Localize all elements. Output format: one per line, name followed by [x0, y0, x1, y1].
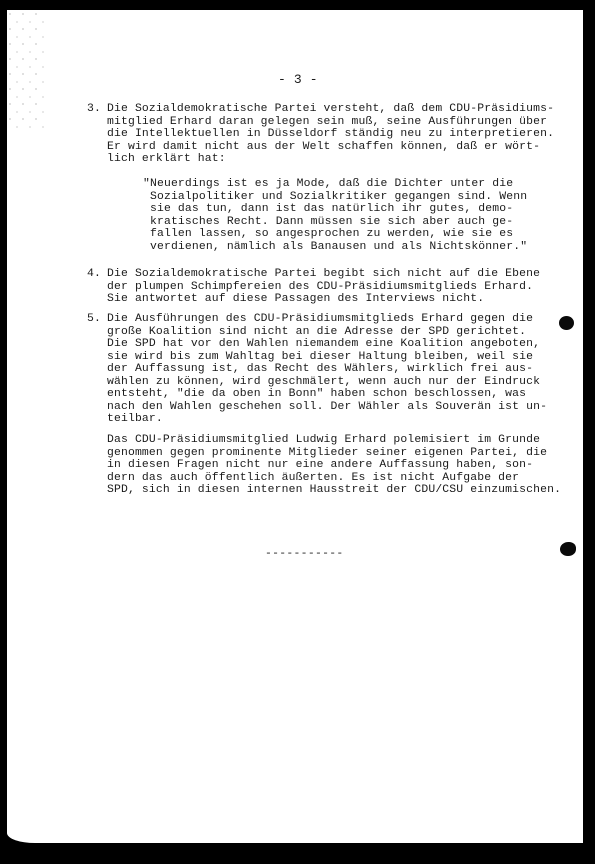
separator-line: ----------- — [265, 548, 344, 560]
text-line: Sie antwortet auf diese Passagen des Int… — [107, 293, 484, 305]
quote-line: "Neuerdings ist es ja Mode, daß die Dich… — [143, 178, 513, 190]
text-line: genommen gegen prominente Mitglieder sei… — [107, 447, 547, 459]
quote-line: verdienen, nämlich als Banausen und als … — [143, 241, 527, 253]
text-line: Die Sozialdemokratische Partei versteht,… — [107, 103, 554, 115]
page-number: - 3 - — [278, 74, 318, 86]
item-number: 4. — [87, 268, 101, 280]
text-line: wählen zu können, wird geschmälert, wenn… — [107, 376, 540, 388]
item-number: 3. — [87, 103, 101, 115]
text-line: Die Ausführungen des CDU-Präsidiumsmitgl… — [107, 313, 533, 325]
text-line: der Auffassung ist, das Recht des Wähler… — [107, 363, 533, 375]
text-line: die Intellektuellen in Düsseldorf ständi… — [107, 128, 554, 140]
text-line: dern das auch öffentlich äußerten. Es is… — [107, 472, 519, 484]
quote-line: Sozialpolitiker und Sozialkritiker gegan… — [143, 191, 527, 203]
text-line: Er wird damit nicht aus der Welt schaffe… — [107, 141, 540, 153]
quote-line: sie das tun, dann ist das natürlich ihr … — [143, 203, 513, 215]
document-page: - 3 - 3. Die Sozialdemokratische Partei … — [7, 10, 583, 843]
text-line: sie wird bis zum Wahltag bei dieser Halt… — [107, 351, 533, 363]
text-line: der plumpen Schimpfereien des CDU-Präsid… — [107, 281, 533, 293]
text-line: teilbar. — [107, 413, 163, 425]
text-line: Das CDU-Präsidiumsmitglied Ludwig Erhard… — [107, 434, 540, 446]
quote-line: fallen lassen, so angesprochen zu werden… — [143, 228, 513, 240]
text-line: SPD, sich in diesen internen Hausstreit … — [107, 484, 561, 496]
text-line: nach den Wahlen geschehen soll. Der Wähl… — [107, 401, 547, 413]
text-line: in diesen Fragen nicht nur eine andere A… — [107, 459, 533, 471]
text-line: entsteht, "die da oben in Bonn" haben sc… — [107, 388, 526, 400]
punch-hole-icon — [560, 542, 576, 556]
text-line: große Koalition sind nicht an die Adress… — [107, 326, 526, 338]
text-line: lich erklärt hat: — [107, 153, 226, 165]
item-number: 5. — [87, 313, 101, 325]
quote-line: kratisches Recht. Dann müssen sie sich a… — [143, 216, 513, 228]
text-line: Die Sozialdemokratische Partei begibt si… — [107, 268, 540, 280]
text-line: mitglied Erhard daran gelegen sein muß, … — [107, 116, 547, 128]
punch-hole-icon — [559, 316, 574, 330]
text-line: Die SPD hat vor den Wahlen niemandem ein… — [107, 338, 540, 350]
scanned-document: - 3 - 3. Die Sozialdemokratische Partei … — [0, 0, 595, 864]
